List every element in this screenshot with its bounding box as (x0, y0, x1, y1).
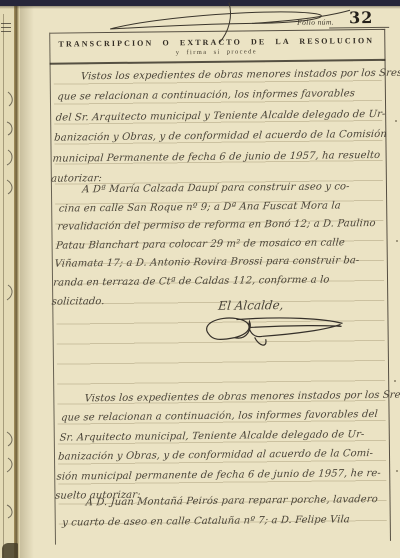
scanned-document-page: TRANSCRIPCION O EXTRACTO DE LA RESOLUCIO… (0, 0, 400, 558)
folio-number: 32 (349, 8, 373, 27)
handwritten-paragraph-1: Vistos los expedientes de obras menores … (50, 64, 383, 190)
handwritten-line: solicitado. (51, 290, 376, 312)
handwritten-paragraph-3: Vistos los expedientes de obras menores … (54, 386, 387, 506)
handwritten-paragraph-2: A Dª María Calzada Daupí para construir … (51, 178, 385, 312)
handwritten-line: sión municipal permanente de fecha 6 de … (56, 464, 381, 487)
handwritten-line: y cuarto de aseo en calle Cataluña nº 7;… (61, 510, 387, 534)
handwritten-line: municipal Permanente de fecha 6 de junio… (52, 146, 378, 170)
paper-speck (396, 240, 398, 242)
alcalde-signature-flourish (192, 312, 342, 356)
top-signature-flourish (102, 1, 352, 46)
paper-speck (395, 120, 397, 122)
signature-title-el-alcalde: El Alcalde, (218, 298, 285, 313)
handwritten-line: Viñamata 17; a D. Antonio Rovira Brossi … (54, 252, 379, 274)
page-content: TRANSCRIPCION O EXTRACTO DE LA RESOLUCIO… (0, 0, 400, 558)
paper-speck (396, 470, 398, 472)
paper-speck (394, 380, 396, 382)
handwritten-paragraph-4: A D. Juan Montañá Peirós para reparar po… (61, 490, 388, 534)
